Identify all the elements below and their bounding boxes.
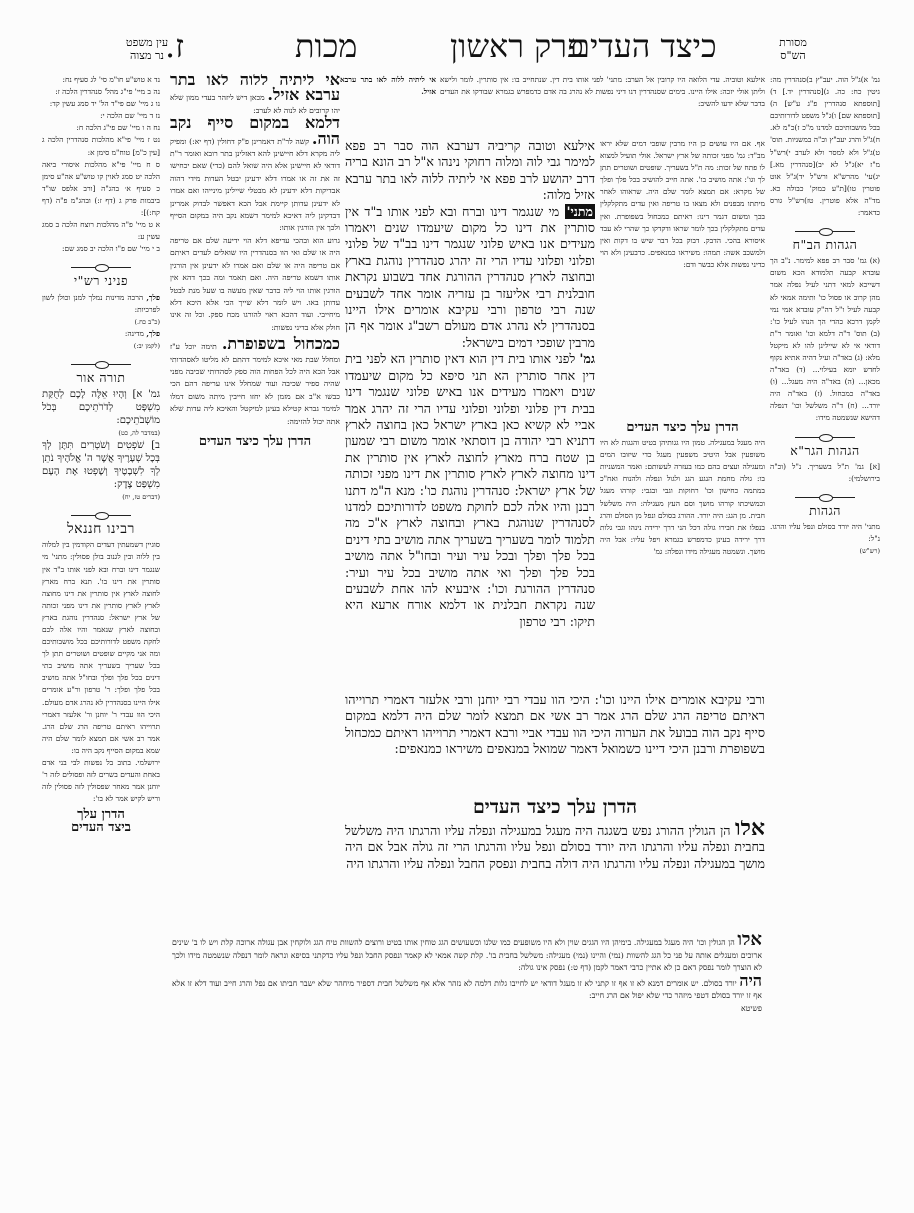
gemara-text: אילעא וטובה קריביה דערבא הוה סבר רב פפא … [345, 138, 595, 204]
perek-number: פרק ראשון [450, 30, 584, 62]
hagahot-hagra-title: הגהות הגר"א [770, 445, 880, 457]
torah-or-section: תורה אור גמ' א] וְהָיוּ אֵלֶּה לָכֶם לְח… [42, 372, 160, 503]
ornament-divider [795, 433, 855, 441]
ein-mishpat-entry: ב י מיי' שם פ"ו הלכה יב סמג שם: [42, 243, 160, 255]
masoret-hashas-label: מסורת הש"ס [758, 36, 828, 62]
rabbeinu-chananel-title: רבינו חננאל [42, 523, 160, 535]
tosafot-top-strip: אי ליתיה ללוה לאו בתר ערבא אזיל. [340, 74, 436, 136]
ein-mishpat-entry: נה ב מיי' פי"ג מהל' סנהדרין הלכה ז: [42, 86, 160, 98]
torah-or-title: תורה אור [42, 372, 160, 384]
hagahot-habach-title: הגהות הב"ח [770, 239, 880, 251]
ein-mishpat-entry: נו ג מיי' שם פי"ד הל' יד סמג עשין קד: [42, 98, 160, 110]
gemara-main: אילעא וטובה קריביה דערבא הוה סבר רב פפא … [345, 138, 595, 658]
gemara-text: ורבי עקיבא אומרים אילו היינו וכו': היכי … [345, 692, 765, 758]
ein-mishpat-entry: א ט מיי' פ"ה מהלכות רוצח הלכה ב סמג עשין… [42, 219, 160, 243]
yerushalmi-text: ירושלמי. בתוב בל נפשות לבי בני אדם באחת … [42, 757, 160, 805]
chapter-end-heading: הדרן עלך כיצד העדים [345, 796, 765, 819]
right-margin-column: גמ' א)ג"ל הוה. יעב"ץ ב)סנהדרין מה: גיטין… [770, 74, 880, 974]
rashi-mishna-column: הדרן עלך כיצד העדים היה מעגל במעגילה. טמ… [600, 418, 765, 650]
mishna-text: מי שנגמר דינו וברח ובא לפני אותו ב"ד אין… [345, 204, 595, 350]
page-header: עין משפט נר מצוה ז. מכות פרק ראשון כיצד … [0, 22, 914, 82]
daf-number: ז. [165, 30, 184, 62]
ein-mishpat-entry: נח ה ו מיי' שם פי"ג הלכה ח: [42, 122, 160, 134]
mishna-new-chapter: אלו הן הגולין ההורג נפש בשגגה היה מעגל ב… [345, 820, 765, 898]
left-margin-column: נד א טוש"ע חו"מ סי' לג סעיף נח: נה ב מיי… [42, 74, 160, 974]
ornament-divider [71, 511, 131, 519]
ein-mishpat-entry: ס ח מיי' פי"א מהלכות איסורי ביאה הלכה יט… [42, 159, 160, 219]
gemara-text: לפני אותו בית דין הוא דאין סותרין הא לפנ… [345, 351, 595, 629]
hagahot-hagra-section: הגהות הגר"א [א] גמ' ת"ל בשעריך. נ"ל (וכ"… [770, 445, 880, 485]
pninei-rashi-section: פניני רש"י פלך, הרכה מדינות נמלך למנן וכ… [42, 275, 160, 352]
mishna-opening-word: אלו [735, 820, 765, 841]
ornament-divider [71, 263, 131, 271]
tosafot-dibbur-hamatchil: כמכחול בשפופרת. [222, 334, 340, 353]
torah-or-verse: ב] שֹׁפְטִים וְשֹׁטְרִים תִּתֶּן לְךָ בְ… [42, 439, 160, 491]
ornament-divider [795, 227, 855, 235]
masoret-hashas-section: גמ' א)ג"ל הוה. יעב"ץ ב)סנהדרין מה: גיטין… [770, 74, 880, 219]
rashi-top: אילעא וטוביה. עדי הלואה היו קרובין אל הע… [440, 74, 765, 136]
rashi-chapter-end: הדרן עלך כיצד העדים [600, 422, 765, 434]
mishna-label: מתני' [565, 204, 595, 219]
tractate-name: מכות [295, 30, 357, 62]
ornament-divider [795, 493, 855, 501]
rashi-column: אף. אם היו עושים כן היו מרבין שופכי דמים… [600, 138, 765, 438]
ornament-divider [71, 360, 131, 368]
rabbeinu-chananel-section: רבינו חננאל סוגיין דשמעתין דעדים הקודמין… [42, 523, 160, 833]
tosafot-chapter-end: הדרן עלך כיצד העדים [170, 436, 340, 448]
gemara-continued: ורבי עקיבא אומרים אילו היינו וכו': היכי … [345, 692, 765, 782]
torah-or-verse: גמ' א] וְהָיוּ אֵלֶּה לָכֶם לְחֻקַּת מִש… [42, 388, 160, 427]
tosafot-column: אי ליתיה ללוה לאו בתר ערבא אזיל. מכאן די… [170, 74, 340, 944]
ein-mishpat-entry: נט ז מיי' פי"א מהלכות סנהדרין הלכה ג [עי… [42, 134, 160, 158]
rashi-bottom: אלו הן הגולין וכו' היה מעגל במעגילה. בימ… [172, 934, 762, 1034]
mishna-text: הן הגולין ההורג נפש בשגגה היה מעגל במעגי… [345, 823, 765, 871]
pninei-rashi-title: פניני רש"י [42, 275, 160, 287]
ein-mishpat-entry: נד א טוש"ע חו"מ סי' לג סעיף נח: [42, 74, 160, 86]
ein-mishpat-section: נד א טוש"ע חו"מ סי' לג סעיף נח: נה ב מיי… [42, 74, 160, 255]
hagahot-section: הגהות מתני' היה יורד בסולם ונפל עליו והר… [770, 505, 880, 557]
ein-mishpat-entry: נז ד מיי' שם הלכה י: [42, 110, 160, 122]
rabbeinu-chananel-closing: הדרן עלך ביצד העדים [42, 809, 160, 833]
rabbeinu-chananel-text: סוגיין דשמעתין דעדים הקודמין בין למלוה ב… [42, 539, 160, 757]
gemara-label: גמ' [580, 351, 595, 366]
chapter-name: כיצד העדים [570, 30, 717, 62]
hagahot-title: הגהות [770, 505, 880, 517]
hagahot-habach-section: הגהות הב"ח (א) גמ' סבר רב פפא למימר. נ"ב… [770, 239, 880, 424]
